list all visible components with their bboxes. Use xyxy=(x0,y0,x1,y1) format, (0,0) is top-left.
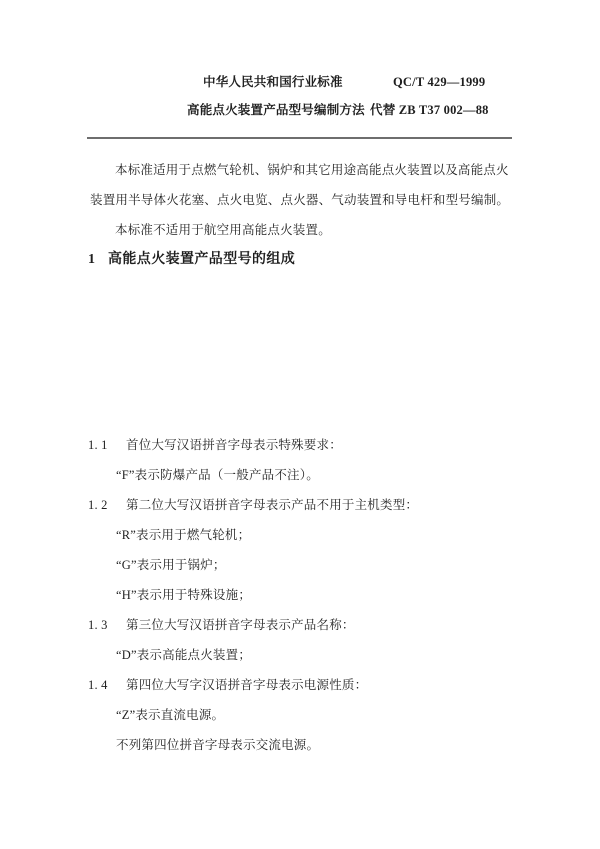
clause-1-2-number: 1. 2 xyxy=(88,497,126,513)
clause-1-1: 1. 1首位大写汉语拼音字母表示特殊要求： xyxy=(88,437,342,453)
section-1-heading: 1高能点火装置产品型号的组成 xyxy=(88,252,295,268)
clause-1-4: 1. 4第四位大写字汉语拼音字母表示电源性质： xyxy=(88,677,367,693)
header-divider xyxy=(87,137,512,139)
clause-1-2: 1. 2第二位大写汉语拼音字母表示产品不用于主机类型： xyxy=(88,497,418,513)
clause-1-4-text: 第四位大写字汉语拼音字母表示电源性质： xyxy=(126,678,367,692)
clause-1-3-number: 1. 3 xyxy=(88,617,126,633)
clause-1-2-text: 第二位大写汉语拼音字母表示产品不用于主机类型： xyxy=(126,498,418,512)
section-1-title: 高能点火装置产品型号的组成 xyxy=(108,252,295,267)
document-title: 高能点火装置产品型号编制方法 xyxy=(187,102,365,118)
clause-1-4-note: 不列第四位拼音字母表示交流电源。 xyxy=(116,737,319,753)
clause-1-2-item-g: “G”表示用于锅炉； xyxy=(116,557,226,573)
scope-paragraph-line-2: 装置用半导体火花塞、点火电览、点火器、气动装置和导电杆和型号编制。 xyxy=(90,192,509,208)
scope-paragraph-line-3: 本标准不适用于航空用高能点火装置。 xyxy=(115,222,331,238)
clause-1-4-number: 1. 4 xyxy=(88,677,126,693)
clause-1-3: 1. 3第三位大写汉语拼音字母表示产品名称： xyxy=(88,617,355,633)
clause-1-4-item-z: “Z”表示直流电源。 xyxy=(116,707,224,723)
clause-1-2-item-h: “H”表示用于特殊设施； xyxy=(116,587,251,603)
clause-1-1-number: 1. 1 xyxy=(88,437,126,453)
section-1-number: 1 xyxy=(88,252,108,268)
header-replaces-note: 代替 ZB T37 002—88 xyxy=(370,102,489,118)
header-standard-org: 中华人民共和国行业标准 xyxy=(203,74,343,90)
document-page: 中华人民共和国行业标准 QC/T 429—1999 高能点火装置产品型号编制方法… xyxy=(0,0,600,849)
clause-1-1-text: 首位大写汉语拼音字母表示特殊要求： xyxy=(126,438,342,452)
scope-paragraph-line-1: 本标准适用于点燃气轮机、锅炉和其它用途高能点火装置以及高能点火 xyxy=(115,162,509,178)
clause-1-2-item-r: “R”表示用于燃气轮机； xyxy=(116,527,250,543)
clause-1-1-item-f: “F”表示防爆产品（一般产品不注）。 xyxy=(116,467,319,483)
header-standard-number: QC/T 429—1999 xyxy=(393,74,485,90)
clause-1-3-item-d: “D”表示高能点火装置； xyxy=(116,647,251,663)
clause-1-3-text: 第三位大写汉语拼音字母表示产品名称： xyxy=(126,618,355,632)
